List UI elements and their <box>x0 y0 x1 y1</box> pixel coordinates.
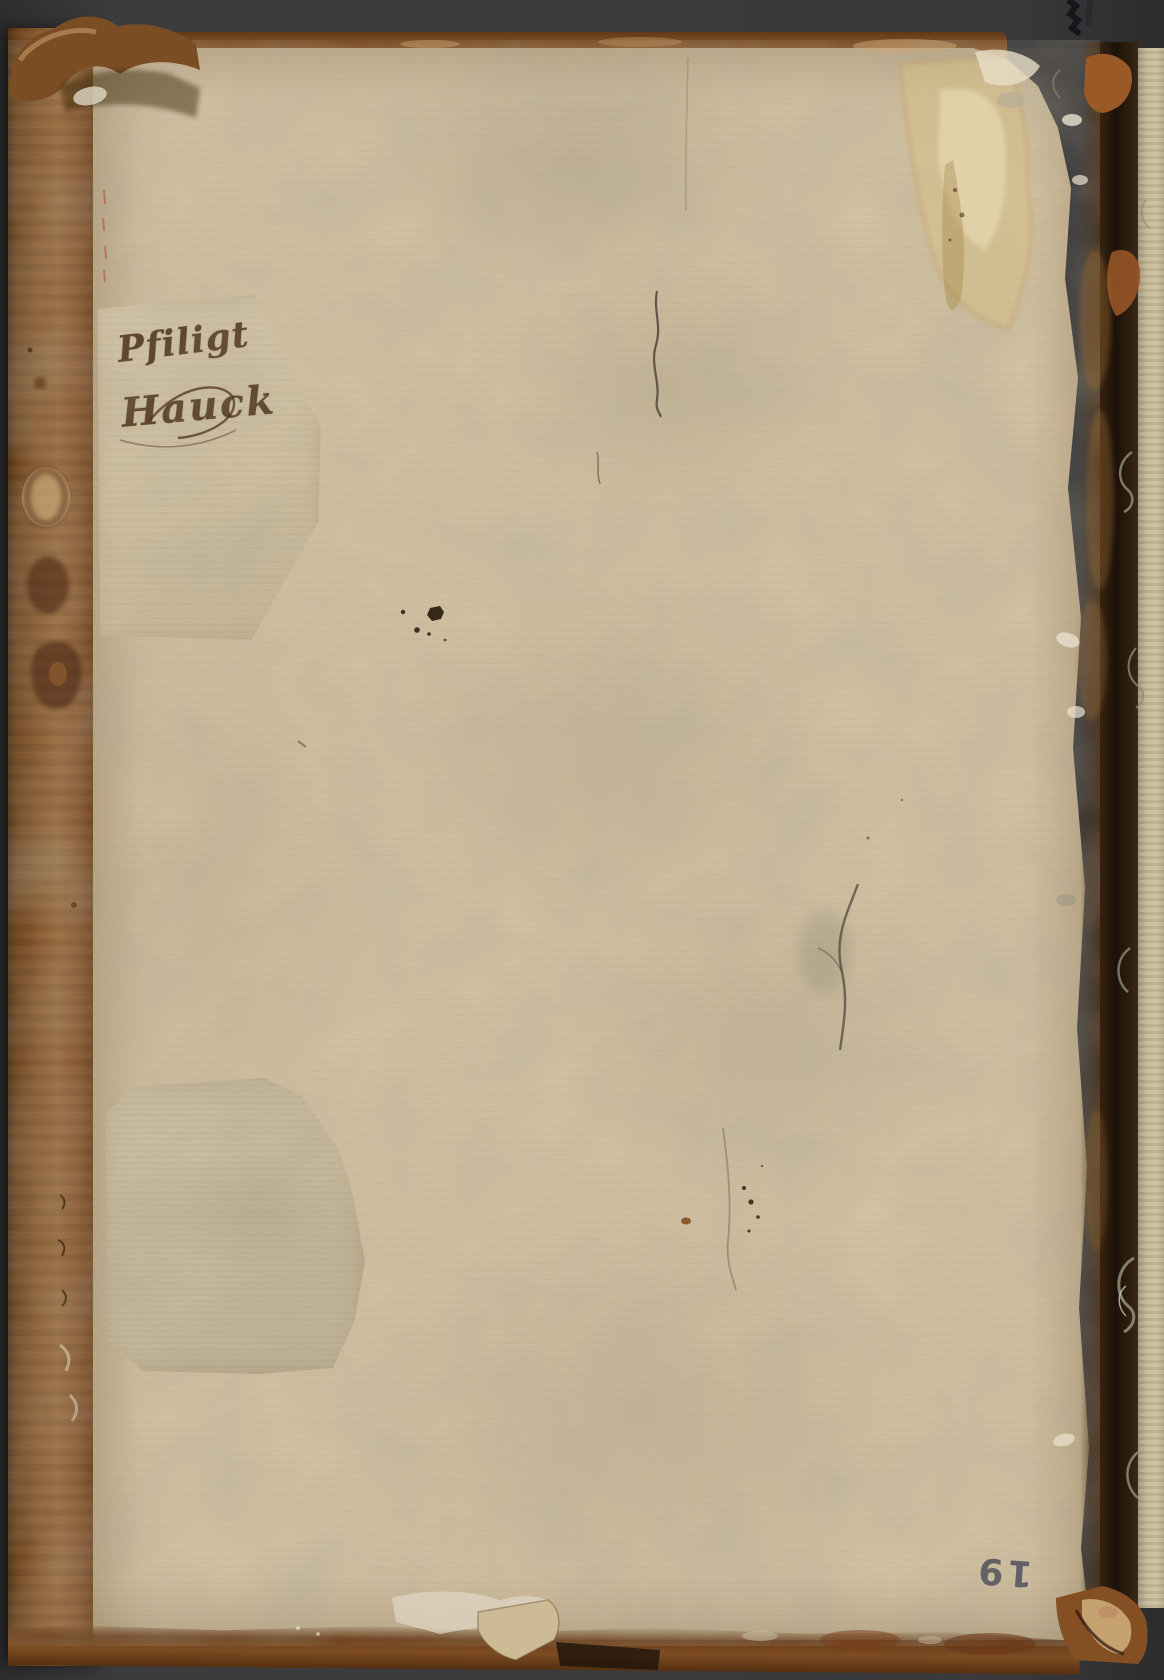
photo-backdrop: Pfiligt Hauck <box>0 0 1164 1680</box>
inscription-line-2: Hauck <box>119 376 277 436</box>
spine-leather <box>8 28 104 1666</box>
gutter-shadow <box>1080 42 1142 1648</box>
next-page-fore-edge <box>1138 48 1164 1608</box>
pastedown-paper <box>93 48 1100 1640</box>
pencil-folio-number: 19 <box>966 1538 1041 1595</box>
cradle-strap <box>1068 0 1093 34</box>
inscription-line-1: Pfiligt <box>115 313 252 371</box>
